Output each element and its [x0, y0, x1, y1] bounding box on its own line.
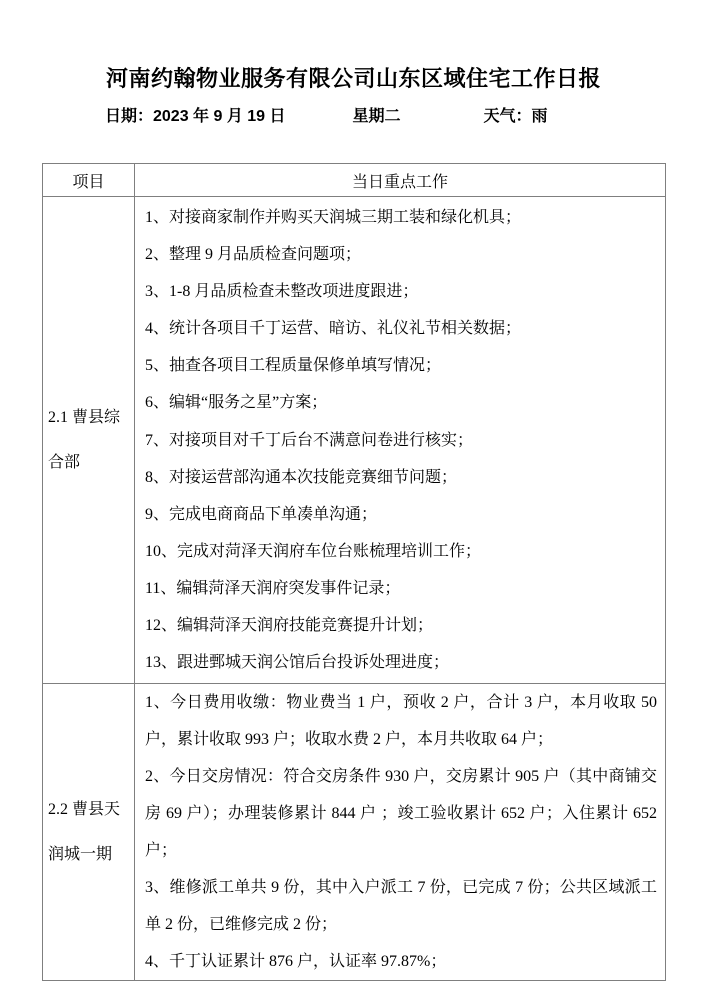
col-header-project: 项目 [43, 164, 135, 197]
work-item: 5、抽查各项目工程质量保修单填写情况； [145, 347, 657, 384]
work-item: 4、千丁认证累计 876 户，认证率 97.87%； [145, 943, 657, 980]
page-title: 河南约翰物业服务有限公司山东区域住宅工作日报 [0, 0, 707, 94]
work-item: 1、对接商家制作并购买天润城三期工装和绿化机具； [145, 199, 657, 236]
work-item: 7、对接项目对千丁后台不满意问卷进行核实； [145, 422, 657, 459]
section-label-2-1: 2.1 曹县综合部 [43, 197, 135, 684]
document-page: 河南约翰物业服务有限公司山东区域住宅工作日报 日期：2023 年 9 月 19 … [0, 0, 707, 999]
work-item: 1、今日费用收缴：物业费当 1 户，预收 2 户，合计 3 户，本月收取 50 … [145, 684, 657, 758]
work-item: 9、完成电商商品下单凑单沟通； [145, 496, 657, 533]
work-item: 3、维修派工单共 9 份，其中入户派工 7 份，已完成 7 份；公共区域派工单 … [145, 869, 657, 943]
table-row-section-2-2: 2.2 曹县天润城一期 1、今日费用收缴：物业费当 1 户，预收 2 户，合计 … [43, 684, 666, 981]
table-header-row: 项目 当日重点工作 [43, 164, 666, 197]
work-item: 6、编辑“服务之星”方案； [145, 384, 657, 421]
work-item: 2、今日交房情况：符合交房条件 930 户，交房累计 905 户（其中商铺交房 … [145, 758, 657, 869]
daily-report-table: 项目 当日重点工作 2.1 曹县综合部 1、对接商家制作并购买天润城三期工装和绿… [42, 163, 666, 981]
work-item: 12、编辑菏泽天润府技能竞赛提升计划； [145, 607, 657, 644]
section-label-2-2: 2.2 曹县天润城一期 [43, 684, 135, 981]
work-item: 11、编辑菏泽天润府突发事件记录； [145, 570, 657, 607]
report-date: 日期：2023 年 9 月 19 日 [105, 106, 286, 128]
table-row-section-2-1: 2.1 曹县综合部 1、对接商家制作并购买天润城三期工装和绿化机具； 2、整理 … [43, 197, 666, 684]
section-2-1-work-list: 1、对接商家制作并购买天润城三期工装和绿化机具； 2、整理 9 月品质检查问题项… [135, 197, 666, 684]
work-item: 3、1-8 月品质检查未整改项进度跟进； [145, 273, 657, 310]
work-item: 10、完成对菏泽天润府车位台账梳理培训工作； [145, 533, 657, 570]
work-item: 13、跟进鄄城天润公馆后台投诉处理进度； [145, 644, 657, 681]
report-meta-line: 日期：2023 年 9 月 19 日 星期二 天气：雨 [105, 106, 707, 128]
work-item: 4、统计各项目千丁运营、暗访、礼仪礼节相关数据； [145, 310, 657, 347]
work-item: 2、整理 9 月品质检查问题项； [145, 236, 657, 273]
report-weather: 天气：雨 [484, 106, 548, 128]
report-weekday: 星期二 [353, 106, 401, 128]
work-item: 8、对接运营部沟通本次技能竞赛细节问题； [145, 459, 657, 496]
col-header-work: 当日重点工作 [135, 164, 666, 197]
section-2-2-work-list: 1、今日费用收缴：物业费当 1 户，预收 2 户，合计 3 户，本月收取 50 … [135, 684, 666, 981]
